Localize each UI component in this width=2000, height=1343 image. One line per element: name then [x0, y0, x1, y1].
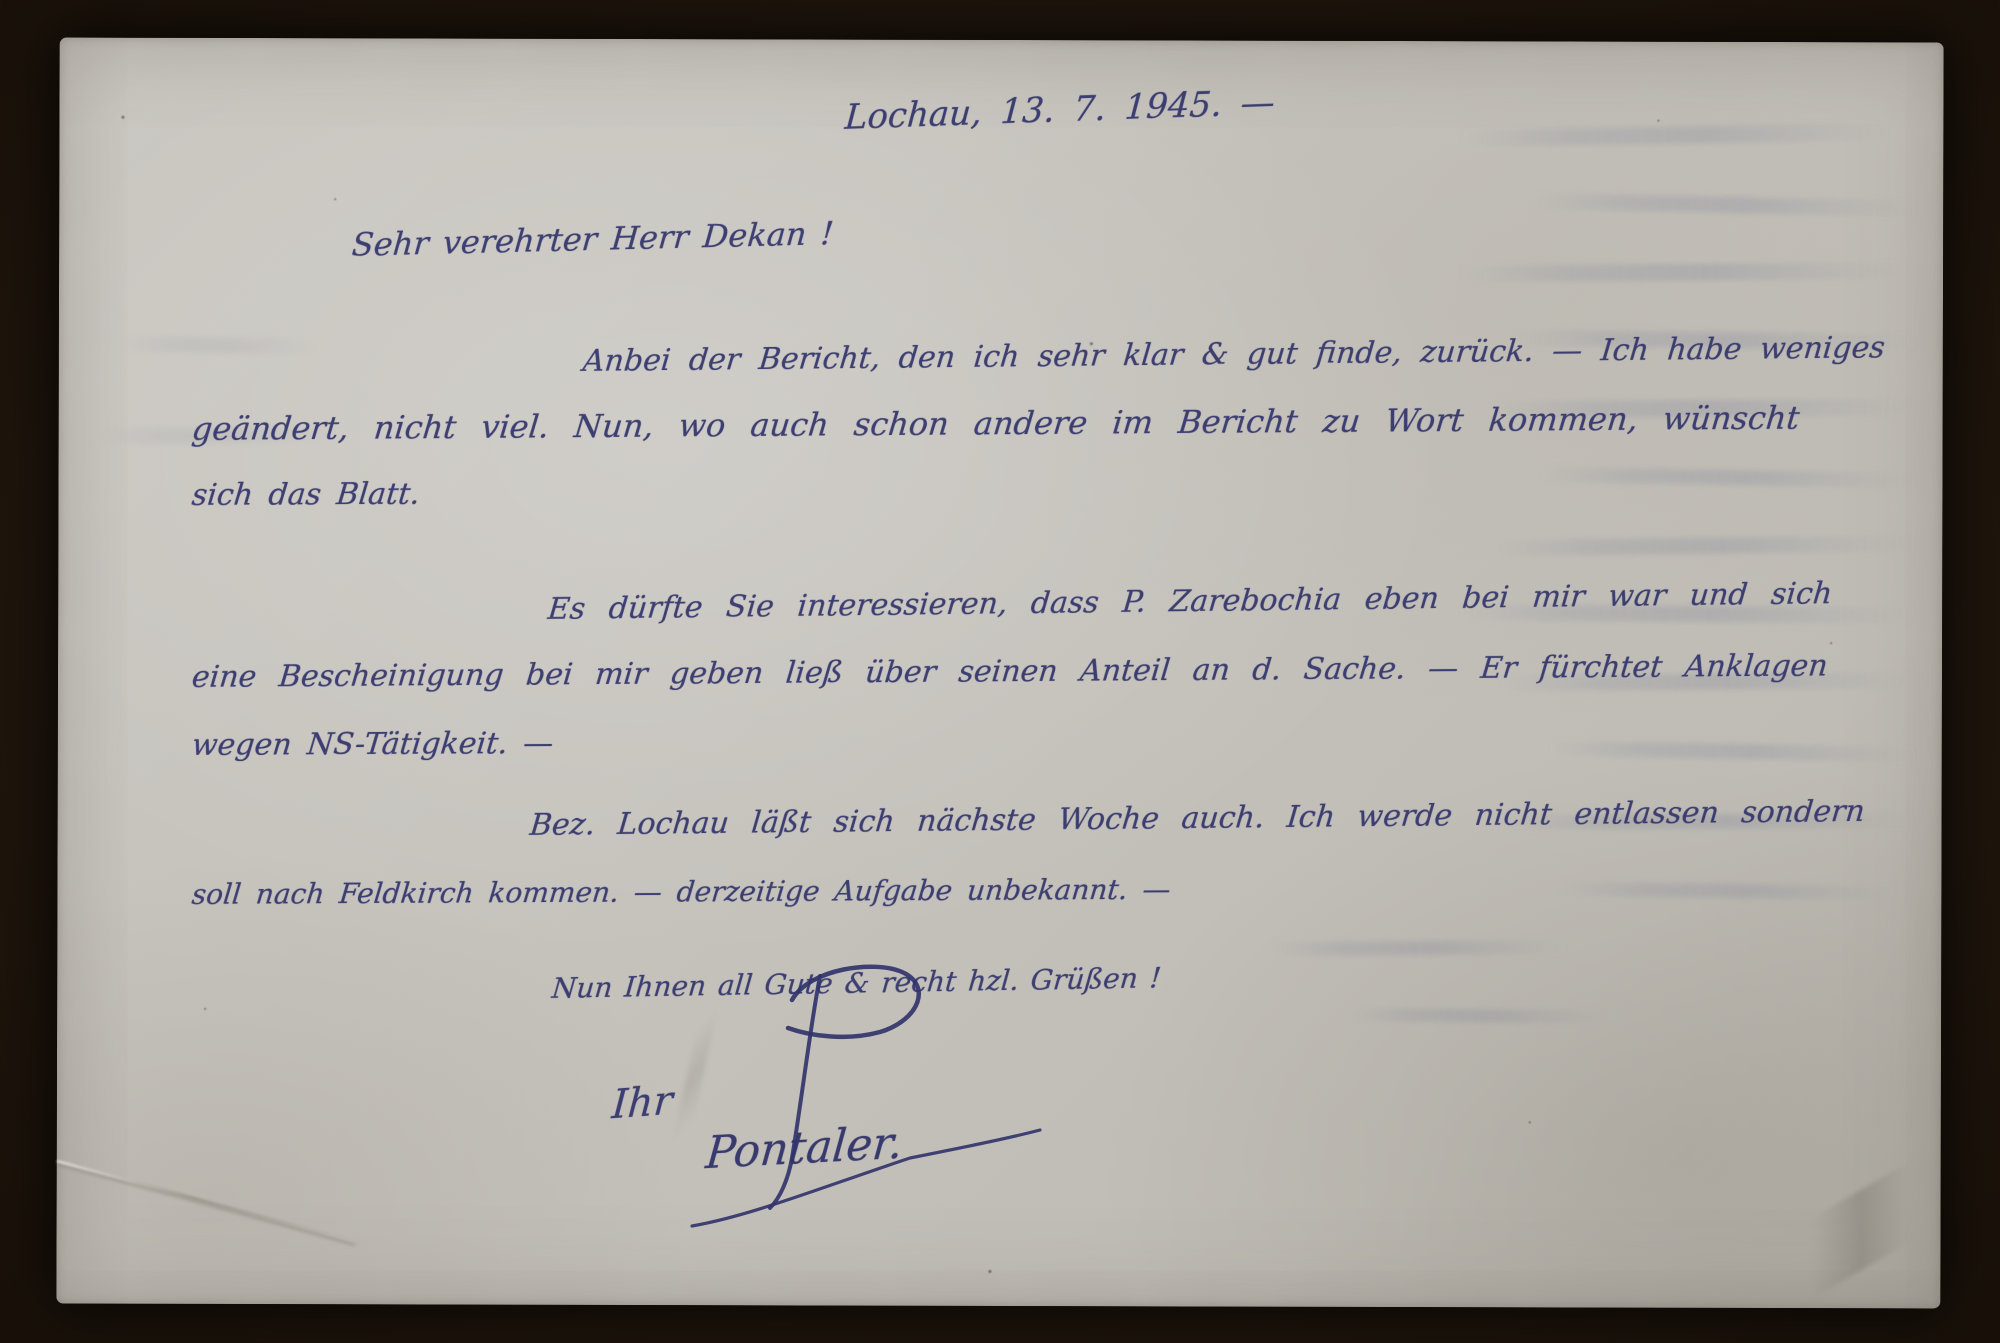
dust-speck	[1830, 642, 1832, 644]
signature-stem-stroke	[770, 976, 820, 1208]
dust-speck	[334, 198, 336, 200]
dust-speck	[121, 116, 124, 119]
showthrough-mark	[1347, 1008, 1607, 1023]
letter-valediction: Ihr	[610, 1078, 674, 1129]
showthrough-mark	[1267, 940, 1567, 956]
dust-speck	[1529, 1121, 1531, 1123]
scan-backdrop: Lochau, 13. 7. 1945. — Sehr verehrter He…	[0, 0, 2000, 1343]
showthrough-mark	[1548, 741, 1918, 762]
showthrough-mark	[119, 336, 319, 355]
signature-tail-stroke	[692, 1130, 1040, 1226]
showthrough-mark	[1459, 124, 1899, 148]
body-line-p2-3: wegen NS-Tätigkeit. —	[190, 726, 555, 763]
signature-loop-stroke	[788, 967, 919, 1037]
showthrough-mark	[1529, 193, 1919, 217]
dust-speck	[1657, 120, 1659, 122]
dust-speck	[988, 1270, 991, 1273]
body-line-p1-3: sich das Blatt.	[190, 477, 421, 513]
showthrough-mark	[1538, 467, 1918, 488]
showthrough-mark	[1557, 882, 1897, 900]
crease-mark-bottom-right	[1779, 1162, 1944, 1297]
body-line-p3-2: soll nach Feldkirch kommen. — derzeitige…	[190, 873, 1172, 911]
dust-speck	[204, 1008, 206, 1010]
signature-flourish	[680, 958, 1320, 1258]
showthrough-mark	[1459, 262, 1909, 283]
crease-mark-bottom-left	[56, 1160, 356, 1244]
showthrough-mark	[1488, 535, 1918, 556]
